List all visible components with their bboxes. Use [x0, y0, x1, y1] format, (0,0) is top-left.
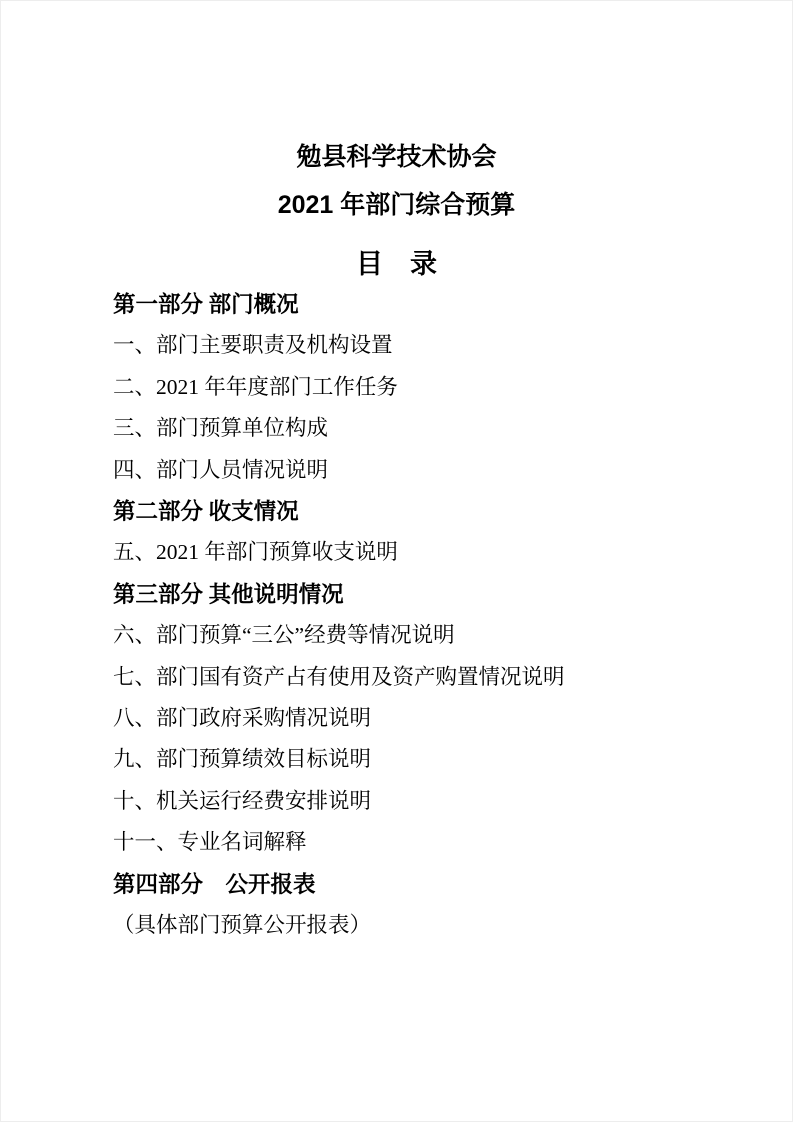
toc-title: 目 录	[1, 248, 792, 281]
title-block: 勉县科学技术协会 2021 年部门综合预算 目 录	[1, 1, 792, 281]
toc-section-row: 第三部分 其他说明情况	[113, 574, 762, 615]
document-title: 勉县科学技术协会	[1, 142, 792, 173]
toc-entry-row: 六、部门预算“三公”经费等情况说明	[113, 615, 762, 656]
toc-entry-row: 四、部门人员情况说明	[113, 450, 762, 491]
table-of-contents: 第一部分 部门概况 一、部门主要职责及机构设置 二、2021 年年度部门工作任务…	[113, 284, 762, 947]
toc-entry-row: 五、2021 年部门预算收支说明	[113, 532, 762, 573]
document-page: 勉县科学技术协会 2021 年部门综合预算 目 录 第一部分 部门概况 一、部门…	[0, 0, 793, 1122]
toc-section-row: 第一部分 部门概况	[113, 284, 762, 325]
toc-entry-row: 十、机关运行经费安排说明	[113, 781, 762, 822]
toc-entry-row: 一、部门主要职责及机构设置	[113, 325, 762, 366]
toc-entry-row: 八、部门政府采购情况说明	[113, 698, 762, 739]
toc-entry-row: 二、2021 年年度部门工作任务	[113, 367, 762, 408]
toc-section-row: 第四部分 公开报表	[113, 864, 762, 905]
toc-section-row: 第二部分 收支情况	[113, 491, 762, 532]
toc-entry-row: 十一、专业名词解释	[113, 822, 762, 863]
toc-entry-row: 三、部门预算单位构成	[113, 408, 762, 449]
toc-entry-row: 七、部门国有资产占有使用及资产购置情况说明	[113, 657, 762, 698]
toc-entry-row: 九、部门预算绩效目标说明	[113, 739, 762, 780]
document-subtitle: 2021 年部门综合预算	[1, 190, 792, 221]
toc-entry-row: （具体部门预算公开报表）	[113, 905, 762, 946]
